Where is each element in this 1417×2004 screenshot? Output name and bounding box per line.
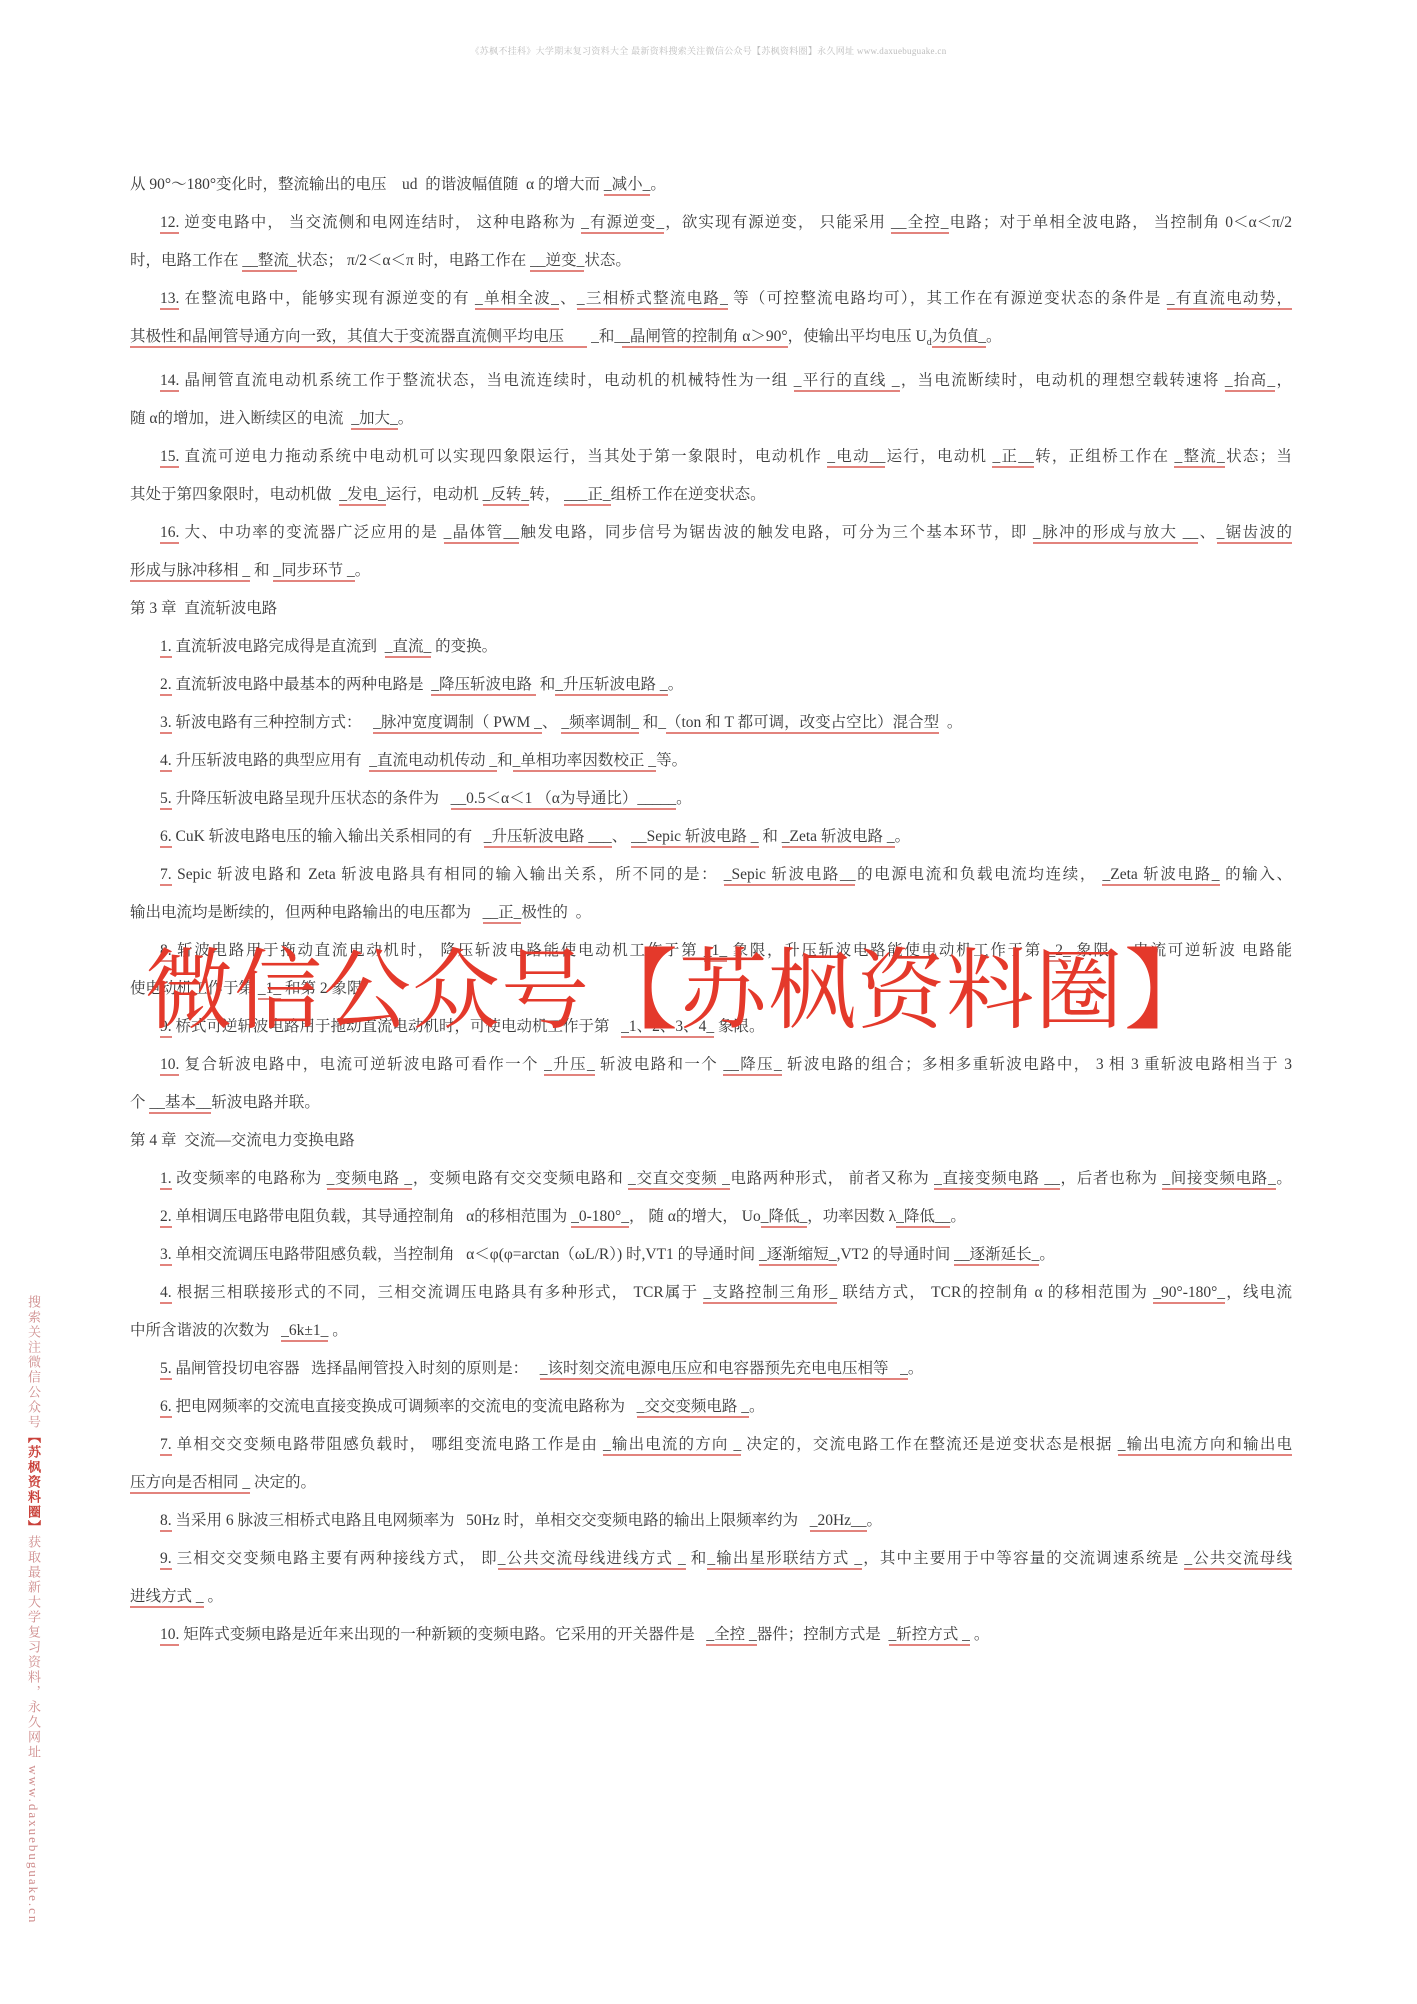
text-line: 5. 升降压斩波电路呈现升压状态的条件为 __0.5＜α＜1 （α为导通比）__… bbox=[130, 780, 1292, 818]
text-run: 时，电路工作在 bbox=[130, 252, 242, 269]
text-run: d bbox=[927, 337, 932, 348]
answer-blank: __整流_ bbox=[242, 252, 296, 272]
answer-blank: _全控 _ bbox=[706, 1626, 756, 1646]
answer-blank: _有源逆变_ bbox=[581, 214, 664, 234]
text-run: 。 bbox=[668, 676, 684, 693]
answer-blank: _变频电路 _ bbox=[327, 1170, 413, 1190]
text-run: 和 bbox=[497, 752, 513, 769]
text-run: 复合斩波电路中，电流可逆斩波电路可看作一个 bbox=[179, 1056, 544, 1073]
text-run: ，线电流 bbox=[1225, 1284, 1292, 1301]
text-run: 转，正组桥工作在 bbox=[1034, 448, 1175, 465]
text-run: 第 3 章 直流斩波电路 bbox=[130, 600, 277, 617]
text-run: ，功率因数 λ bbox=[807, 1208, 896, 1225]
answer-blank: _频率调制_ bbox=[561, 714, 639, 734]
item-number: 5. bbox=[160, 790, 172, 810]
text-run: 极性的 。 bbox=[521, 904, 591, 921]
text-run: 转， bbox=[529, 486, 564, 503]
answer-blank: _间接变频电路_ bbox=[1162, 1170, 1275, 1190]
text-run: 晶闸管直流电动机系统工作于整流状态，当电流连续时，电动机的机械特性为一组 bbox=[179, 372, 793, 389]
answer-blank: __逐渐延长_ bbox=[954, 1246, 1039, 1266]
text-run: ，变频电路有交交变频电路和 bbox=[412, 1170, 628, 1187]
text-run: 斩波电路有三种控制方式： bbox=[172, 714, 374, 731]
text-run: 矩阵式变频电路是近年来出现的一种新颖的变频电路。它采用的开关器件是 bbox=[179, 1626, 706, 1643]
answer-blank: _Sepic 斩波电路__ bbox=[724, 866, 856, 886]
side-note: 搜索关注微信公众号【苏枫资料圈】获取最新大学复习资料，永久网址 www.daxu… bbox=[24, 1295, 43, 1825]
answer-blank: _脉冲宽度调制（ PWM _ bbox=[373, 714, 542, 734]
text-line: 随 α的增加，进入断续区的电流 _加大_。 bbox=[130, 400, 1292, 438]
text-run: 。 bbox=[950, 1208, 966, 1225]
text-run: 三相交交变频电路主要有两种接线方式， 即 bbox=[172, 1550, 498, 1567]
item-number: 4. bbox=[160, 1284, 172, 1304]
text-line: 15. 直流可逆电力拖动系统中电动机可以实现四象限运行，当其处于第一象限时，电动… bbox=[130, 438, 1292, 476]
text-line: 形成与脉冲移相 _ 和 _同步环节 _。 bbox=[130, 552, 1292, 590]
answer-blank: _有直流电动势， bbox=[1167, 290, 1292, 310]
answer-blank: __正_ bbox=[483, 904, 522, 924]
text-run: 把电网频率的交流电直接变换成可调频率的交流电的变流电路称为 bbox=[172, 1398, 637, 1415]
text-run: 、 bbox=[1198, 524, 1216, 541]
text-run: 第 4 章 交流—交流电力变换电路 bbox=[130, 1132, 355, 1149]
text-run: 随 α的增加，进入断续区的电流 bbox=[130, 410, 351, 427]
item-number: 3. bbox=[160, 714, 172, 734]
text-run: 状态。 bbox=[584, 252, 631, 269]
answer-blank: _平行的直线 _ bbox=[794, 372, 900, 392]
answer-blank: __全控_ bbox=[891, 214, 949, 234]
text-run: 。 bbox=[676, 790, 692, 807]
text-line: 4. 根据三相联接形式的不同，三相交流调压电路具有多种形式， TCR属于 _支路… bbox=[130, 1274, 1292, 1312]
section-heading: 第 4 章 交流—交流电力变换电路 bbox=[130, 1122, 1292, 1160]
text-run: 。 bbox=[867, 1512, 883, 1529]
text-line: 其处于第四象限时，电动机做 _发电_运行，电动机 _反转_转， ___正_组桥工… bbox=[130, 476, 1292, 514]
answer-blank: _逐渐缩短_ bbox=[759, 1246, 837, 1266]
text-run: 。 bbox=[970, 1626, 989, 1643]
text-line: 7. 单相交交变频电路带阻感负载时， 哪组变流电路工作是由 _输出电流的方向 _… bbox=[130, 1426, 1292, 1464]
text-line: 4. 升压斩波电路的典型应用有 _直流电动机传动 _和_单相功率因数校正 _等。 bbox=[130, 742, 1292, 780]
text-line: 13. 在整流电路中，能够实现有源逆变的有 _单相全波_、_三相桥式整流电路_ … bbox=[130, 280, 1292, 318]
item-number: 8. bbox=[160, 1512, 172, 1532]
answer-blank: _交直交变频 _ bbox=[628, 1170, 730, 1190]
text-run: 大、中功率的变流器广泛应用的是 bbox=[179, 524, 443, 541]
answer-blank: _公共交流母线进线方式 _ bbox=[498, 1550, 686, 1570]
text-run: 的输入、 bbox=[1220, 866, 1292, 883]
text-line: 中所含谐波的次数为 _6k±1_ 。 bbox=[130, 1312, 1292, 1350]
text-run: 斩波电路的组合；多相多重斩波电路中， 3 相 3 重斩波电路相当于 3 bbox=[782, 1056, 1292, 1073]
text-run: 电路；对于单相全波电路， 当控制角 0＜α＜π/2 bbox=[949, 214, 1292, 231]
text-run: 。 bbox=[398, 410, 414, 427]
text-run: 。 bbox=[1276, 1170, 1292, 1187]
answer-blank: _脉冲的形成与放大 __ bbox=[1033, 524, 1198, 544]
text-run: _和_ bbox=[587, 328, 622, 345]
text-line: 7. Sepic 斩波电路和 Zeta 斩波电路具有相同的输入输出关系，所不同的… bbox=[130, 856, 1292, 894]
text-line: 10. 复合斩波电路中，电流可逆斩波电路可看作一个 _升压_ 斩波电路和一个 _… bbox=[130, 1046, 1292, 1084]
item-number: 10. bbox=[160, 1056, 179, 1076]
text-line: 9. 三相交交变频电路主要有两种接线方式， 即_公共交流母线进线方式 _ 和_输… bbox=[130, 1540, 1292, 1578]
text-run: 在整流电路中，能够实现有源逆变的有 bbox=[179, 290, 475, 307]
text-run: 等。 bbox=[656, 752, 687, 769]
text-run: 、 bbox=[612, 828, 631, 845]
answer-blank: _斩控方式 _ bbox=[889, 1626, 970, 1646]
item-number: 12. bbox=[160, 214, 179, 234]
text-run: 直流斩波电路中最基本的两种电路是 bbox=[172, 676, 432, 693]
answer-blank: _单相功率因数校正 _ bbox=[513, 752, 656, 772]
text-run: 触发电路，同步信号为锯齿波的触发电路，可分为三个基本环节，即 bbox=[519, 524, 1033, 541]
text-run: 单相调压电路带电阻负载，其导通控制角 α的移相范围为 bbox=[172, 1208, 572, 1225]
answer-blank: _2_ bbox=[1048, 942, 1071, 962]
answer-blank: _升压斩波电路 ___ bbox=[484, 828, 612, 848]
text-run: 电路两种形式， 前者又称为 bbox=[730, 1170, 934, 1187]
text-run: 、 bbox=[542, 714, 561, 731]
text-run: ，当电流断续时，电动机的理想空载转速将 bbox=[900, 372, 1225, 389]
answer-blank: __基本__ bbox=[149, 1094, 211, 1114]
answer-blank: 其极性和晶闸管导通方向一致，其值大于变流器直流侧平均电压 bbox=[130, 328, 587, 348]
answer-blank: __0.5＜α＜1 （α为导通比）_____ bbox=[451, 790, 677, 810]
text-run: 。 bbox=[939, 714, 962, 731]
answer-blank: ___正_ bbox=[564, 486, 611, 506]
answer-blank: _抬高_ bbox=[1225, 372, 1275, 392]
answer-blank: _三相桥式整流电路_ bbox=[577, 290, 728, 310]
text-run: 其处于第四象限时，电动机做 bbox=[130, 486, 339, 503]
item-number: 15. bbox=[160, 448, 179, 468]
document-body: 从 90°～180°变化时，整流输出的电压 ud 的谐波幅值随 α 的增大而 _… bbox=[130, 166, 1292, 1654]
text-line: 8. 当采用 6 脉波三相桥式电路且电网频率为 50Hz 时，单相交交变频电路的… bbox=[130, 1502, 1292, 1540]
text-run: 等（可控整流电路均可），其工作在有源逆变状态的条件是 bbox=[728, 290, 1167, 307]
text-run: 斩波电路并联。 bbox=[211, 1094, 320, 1111]
text-line: 5. 晶闸管投切电容器 选择晶闸管投入时刻的原则是： _该时刻交流电源电压应和电… bbox=[130, 1350, 1292, 1388]
answer-blank: _同步环节 _ bbox=[273, 562, 354, 582]
text-line: 16. 大、中功率的变流器广泛应用的是 _晶体管__触发电路，同步信号为锯齿波的… bbox=[130, 514, 1292, 552]
text-run: 改变频率的电路称为 bbox=[172, 1170, 327, 1187]
text-run: 升降压斩波电路呈现升压状态的条件为 bbox=[172, 790, 451, 807]
section-heading: 第 3 章 直流斩波电路 bbox=[130, 590, 1292, 628]
text-run: 组桥工作在逆变状态。 bbox=[611, 486, 766, 503]
text-line: 8. 斩波电路用于拖动直流电动机时， 降压斩波电路能使电动机工作于第 _1_ 象… bbox=[130, 932, 1292, 970]
item-number: 6. bbox=[160, 828, 172, 848]
text-run: 决定的。 bbox=[250, 1474, 316, 1491]
text-line: 输出电流均是断续的，但两种电路输出的电压都为 __正_极性的 。 bbox=[130, 894, 1292, 932]
answer-blank: _公共交流母线 bbox=[1184, 1550, 1292, 1570]
answer-blank: _20Hz__ bbox=[810, 1512, 867, 1532]
item-number: 3. bbox=[160, 1246, 172, 1266]
text-run: 决定的，交流电路工作在整流还是逆变状态是根据 bbox=[741, 1436, 1117, 1453]
text-line: 压方向是否相同 _ 决定的。 bbox=[130, 1464, 1292, 1502]
text-line: 14. 晶闸管直流电动机系统工作于整流状态，当电流连续时，电动机的机械特性为一组… bbox=[130, 362, 1292, 400]
text-run: ， 随 α的增大， Uo bbox=[629, 1208, 761, 1225]
answer-blank: _0-180°_ bbox=[571, 1208, 629, 1228]
text-run: 象限。 bbox=[714, 1018, 764, 1035]
item-number: 1. bbox=[160, 638, 172, 658]
answer-blank: _晶闸管的控制角 α＞90° bbox=[622, 328, 787, 348]
answer-blank: _加大_ bbox=[351, 410, 398, 430]
text-run: ， bbox=[1275, 372, 1292, 389]
answer-blank: 进线方式 _ bbox=[130, 1588, 204, 1608]
text-line: 个 __基本__斩波电路并联。 bbox=[130, 1084, 1292, 1122]
answer-blank: _降压斩波电路 bbox=[431, 676, 536, 696]
item-number: 8. bbox=[160, 942, 172, 962]
text-run: ，使输出平均电压 U bbox=[788, 328, 927, 345]
item-number: 10. bbox=[160, 1626, 179, 1646]
text-run: 。 bbox=[650, 176, 666, 193]
text-run: 状态；当 bbox=[1225, 448, 1292, 465]
answer-blank: _晶体管__ bbox=[444, 524, 519, 544]
text-run: 逆变电路中， 当交流侧和电网连结时， 这种电路称为 bbox=[179, 214, 581, 231]
answer-blank: _整流_ bbox=[1174, 448, 1224, 468]
text-run: 象限， 电流可逆斩波 电路能 bbox=[1071, 942, 1292, 959]
answer-blank: _1_ bbox=[258, 980, 281, 1000]
text-run: 单相交交变频电路带阻感负载时， 哪组变流电路工作是由 bbox=[172, 1436, 603, 1453]
side-note-brand: 【苏枫资料圈】 bbox=[26, 1430, 41, 1535]
text-run: 和 bbox=[759, 828, 782, 845]
text-line: 时，电路工作在 __整流_状态； π/2＜α＜π 时，电路工作在 __逆变_状态… bbox=[130, 242, 1292, 280]
text-run: 。 bbox=[355, 562, 371, 579]
text-run: 、 bbox=[559, 290, 577, 307]
item-number: 5. bbox=[160, 1360, 172, 1380]
text-line: 使电动机工作于第 _1_ 和第 2 象限 bbox=[130, 970, 1292, 1008]
item-number: 7. bbox=[160, 1436, 172, 1456]
side-note-prefix: 搜索关注微信公众号 bbox=[26, 1295, 41, 1430]
answer-blank: _升压斩波电路 _ bbox=[555, 676, 667, 696]
text-run: 晶闸管投切电容器 选择晶闸管投入时刻的原则是： bbox=[172, 1360, 540, 1377]
text-run: 状态； π/2＜α＜π 时，电路工作在 bbox=[297, 252, 530, 269]
answer-blank: _交交变频电路 _ bbox=[637, 1398, 749, 1418]
text-run: 根据三相联接形式的不同，三相交流调压电路具有多种形式， TCR属于 bbox=[172, 1284, 704, 1301]
text-run: 。 bbox=[1039, 1246, 1055, 1263]
answer-blank: _输出星形联结方式 _ bbox=[707, 1550, 862, 1570]
item-number: 9. bbox=[160, 1550, 172, 1570]
text-line: 1. 直流斩波电路完成得是直流到 _直流_ 的变换。 bbox=[130, 628, 1292, 666]
text-run: 桥式可逆斩波电路用于拖动直流电动机时，可使电动机工作于第 bbox=[172, 1018, 622, 1035]
text-run: 直流斩波电路完成得是直流到 bbox=[172, 638, 385, 655]
text-run: 的变换。 bbox=[431, 638, 497, 655]
text-run: 和 bbox=[686, 1550, 708, 1567]
answer-blank: 为负值_ bbox=[932, 328, 986, 348]
text-run: 运行，电动机 bbox=[885, 448, 992, 465]
answer-blank: _6k±1_ bbox=[281, 1322, 328, 1342]
answer-blank: _Zeta 斩波电路_ bbox=[1102, 866, 1219, 886]
answer-blank: __Sepic 斩波电路 _ bbox=[631, 828, 758, 848]
answer-blank: _直流_ bbox=[385, 638, 432, 658]
text-run: 直流可逆电力拖动系统中电动机可以实现四象限运行，当其处于第一象限时，电动机作 bbox=[179, 448, 827, 465]
item-number: 16. bbox=[160, 524, 179, 544]
answer-blank: （ton 和 T 都可调，改变占空比）混合型 bbox=[666, 714, 939, 734]
text-run: ，欲实现有源逆变， 只能采用 bbox=[664, 214, 891, 231]
text-run: Sepic 斩波电路和 Zeta 斩波电路具有相同的输入输出关系，所不同的是： bbox=[172, 866, 724, 883]
text-run: 单相交流调压电路带阻感负载，当控制角 α＜φ(φ=arctan（ωL/R）) 时… bbox=[172, 1246, 759, 1263]
text-line: 6. CuK 斩波电路电压的输入输出关系相同的有 _升压斩波电路 ___、 __… bbox=[130, 818, 1292, 856]
answer-blank: _支路控制三角形_ bbox=[703, 1284, 837, 1304]
answer-blank: __降压_ bbox=[723, 1056, 781, 1076]
item-number: 9. bbox=[160, 1018, 172, 1038]
text-line: 进线方式 _ 。 bbox=[130, 1578, 1292, 1616]
text-run: 。 bbox=[749, 1398, 765, 1415]
text-run: 象限，升压斩波电路能使电动机工作于第 bbox=[727, 942, 1047, 959]
text-run: 个 bbox=[130, 1094, 149, 1111]
side-note-suffix: 获取最新大学复习资料，永久网址 www.daxuebuguake.cn bbox=[26, 1535, 41, 1924]
text-run: 联结方式， TCR的控制角 α 的移相范围为 bbox=[837, 1284, 1153, 1301]
text-run: 。 bbox=[986, 328, 1002, 345]
text-run: 。 bbox=[328, 1322, 347, 1339]
answer-blank: _90°-180°_ bbox=[1153, 1284, 1225, 1304]
answer-blank: _发电_ bbox=[339, 486, 386, 506]
text-run: ，其中主要用于中等容量的交流调速系统是 bbox=[862, 1550, 1184, 1567]
document-page: { "colors": { "body": "#3b3b3b", "underl… bbox=[0, 0, 1417, 2004]
text-line: 3. 单相交流调压电路带阻感负载，当控制角 α＜φ(φ=arctan（ωL/R）… bbox=[130, 1236, 1292, 1274]
text-line: 3. 斩波电路有三种控制方式： _脉冲宽度调制（ PWM _、 _频率调制_ 和… bbox=[130, 704, 1292, 742]
answer-blank: _升压_ bbox=[544, 1056, 595, 1076]
answer-blank: _降低__ bbox=[896, 1208, 950, 1228]
text-line: 2. 单相调压电路带电阻负载，其导通控制角 α的移相范围为 _0-180°_， … bbox=[130, 1198, 1292, 1236]
text-run: 器件；控制方式是 bbox=[757, 1626, 889, 1643]
answer-blank: 压方向是否相同 _ bbox=[130, 1474, 250, 1494]
answer-blank: _减小_ bbox=[604, 176, 651, 196]
text-run: 使电动机工作于第 bbox=[130, 980, 258, 997]
text-run: 。 bbox=[908, 1360, 924, 1377]
item-number: 13. bbox=[160, 290, 179, 310]
answer-blank: _输出电流方向和输出电 bbox=[1118, 1436, 1292, 1456]
text-line: 9. 桥式可逆斩波电路用于拖动直流电动机时，可使电动机工作于第 _1、2、3、4… bbox=[130, 1008, 1292, 1046]
text-run: 运行，电动机 bbox=[386, 486, 483, 503]
text-run: 斩波电路用于拖动直流电动机时， 降压斩波电路能使电动机工作于第 bbox=[172, 942, 704, 959]
text-run: 当采用 6 脉波三相桥式电路且电网频率为 50Hz 时，单相交交变频电路的输出上… bbox=[172, 1512, 810, 1529]
answer-blank: _直接变频电路 __ bbox=[934, 1170, 1060, 1190]
text-run: ，后者也称为 bbox=[1060, 1170, 1162, 1187]
answer-blank: _直流电动机传动 _ bbox=[369, 752, 497, 772]
answer-blank: _该时刻交流电源电压应和电容器预先充电电压相等 _ bbox=[540, 1360, 908, 1380]
text-line: 2. 直流斩波电路中最基本的两种电路是 _降压斩波电路 和_升压斩波电路 _。 bbox=[130, 666, 1292, 704]
text-run: 。 bbox=[204, 1588, 223, 1605]
text-run: 从 90°～180°变化时，整流输出的电压 ud 的谐波幅值随 α 的增大而 bbox=[130, 176, 604, 193]
answer-blank: _1、2、3、4_ bbox=[621, 1018, 714, 1038]
answer-blank: _正__ bbox=[992, 448, 1033, 468]
text-run: ,VT2 的导通时间 bbox=[837, 1246, 955, 1263]
item-number: 1. bbox=[160, 1170, 172, 1190]
text-run: 和_ bbox=[639, 714, 666, 731]
item-number: 2. bbox=[160, 676, 172, 696]
text-run: 和 bbox=[250, 562, 273, 579]
page-header: 《苏枫不挂科》大学期末复习资料大全 最新资料搜索关注微信公众号【苏枫资料圈】永久… bbox=[0, 44, 1417, 57]
text-line: 12. 逆变电路中， 当交流侧和电网连结时， 这种电路称为 _有源逆变_，欲实现… bbox=[130, 204, 1292, 242]
item-number: 7. bbox=[160, 866, 172, 886]
answer-blank: _输出电流的方向 _ bbox=[603, 1436, 741, 1456]
text-line: 从 90°～180°变化时，整流输出的电压 ud 的谐波幅值随 α 的增大而 _… bbox=[130, 166, 1292, 204]
answer-blank: _电动__ bbox=[827, 448, 885, 468]
text-run: CuK 斩波电路电压的输入输出关系相同的有 bbox=[172, 828, 484, 845]
header-text: 《苏枫不挂科》大学期末复习资料大全 最新资料搜索关注微信公众号【苏枫资料圈】永久… bbox=[471, 46, 947, 56]
answer-blank: __逆变_ bbox=[530, 252, 584, 272]
item-number: 14. bbox=[160, 372, 179, 392]
text-line: 1. 改变频率的电路称为 _变频电路 _，变频电路有交交变频电路和 _交直交变频… bbox=[130, 1160, 1292, 1198]
answer-blank: _锯齿波的 bbox=[1217, 524, 1292, 544]
text-run: 和第 2 象限 bbox=[281, 980, 362, 997]
text-run: 升压斩波电路的典型应用有 bbox=[172, 752, 370, 769]
text-run: 输出电流均是断续的，但两种电路输出的电压都为 bbox=[130, 904, 483, 921]
item-number: 6. bbox=[160, 1398, 172, 1418]
answer-blank: _单相全波_ bbox=[475, 290, 559, 310]
text-line: 其极性和晶闸管导通方向一致，其值大于变流器直流侧平均电压 _和__晶闸管的控制角… bbox=[130, 318, 1292, 362]
answer-blank: _Zeta 斩波电路 _ bbox=[782, 828, 895, 848]
answer-blank: _反转_ bbox=[483, 486, 530, 506]
text-run: 斩波电路和一个 bbox=[595, 1056, 724, 1073]
answer-blank: _1_ bbox=[704, 942, 727, 962]
item-number: 4. bbox=[160, 752, 172, 772]
text-line: 10. 矩阵式变频电路是近年来出现的一种新颖的变频电路。它采用的开关器件是 _全… bbox=[130, 1616, 1292, 1654]
text-run: 的电源电流和负载电流均连续， bbox=[855, 866, 1102, 883]
text-run: 。 bbox=[895, 828, 911, 845]
text-line: 6. 把电网频率的交流电直接变换成可调频率的交流电的变流电路称为 _交交变频电路… bbox=[130, 1388, 1292, 1426]
text-run: 和 bbox=[536, 676, 555, 693]
item-number: 2. bbox=[160, 1208, 172, 1228]
answer-blank: _降低_ bbox=[761, 1208, 808, 1228]
text-run: 中所含谐波的次数为 bbox=[130, 1322, 281, 1339]
answer-blank: 形成与脉冲移相 _ bbox=[130, 562, 250, 582]
